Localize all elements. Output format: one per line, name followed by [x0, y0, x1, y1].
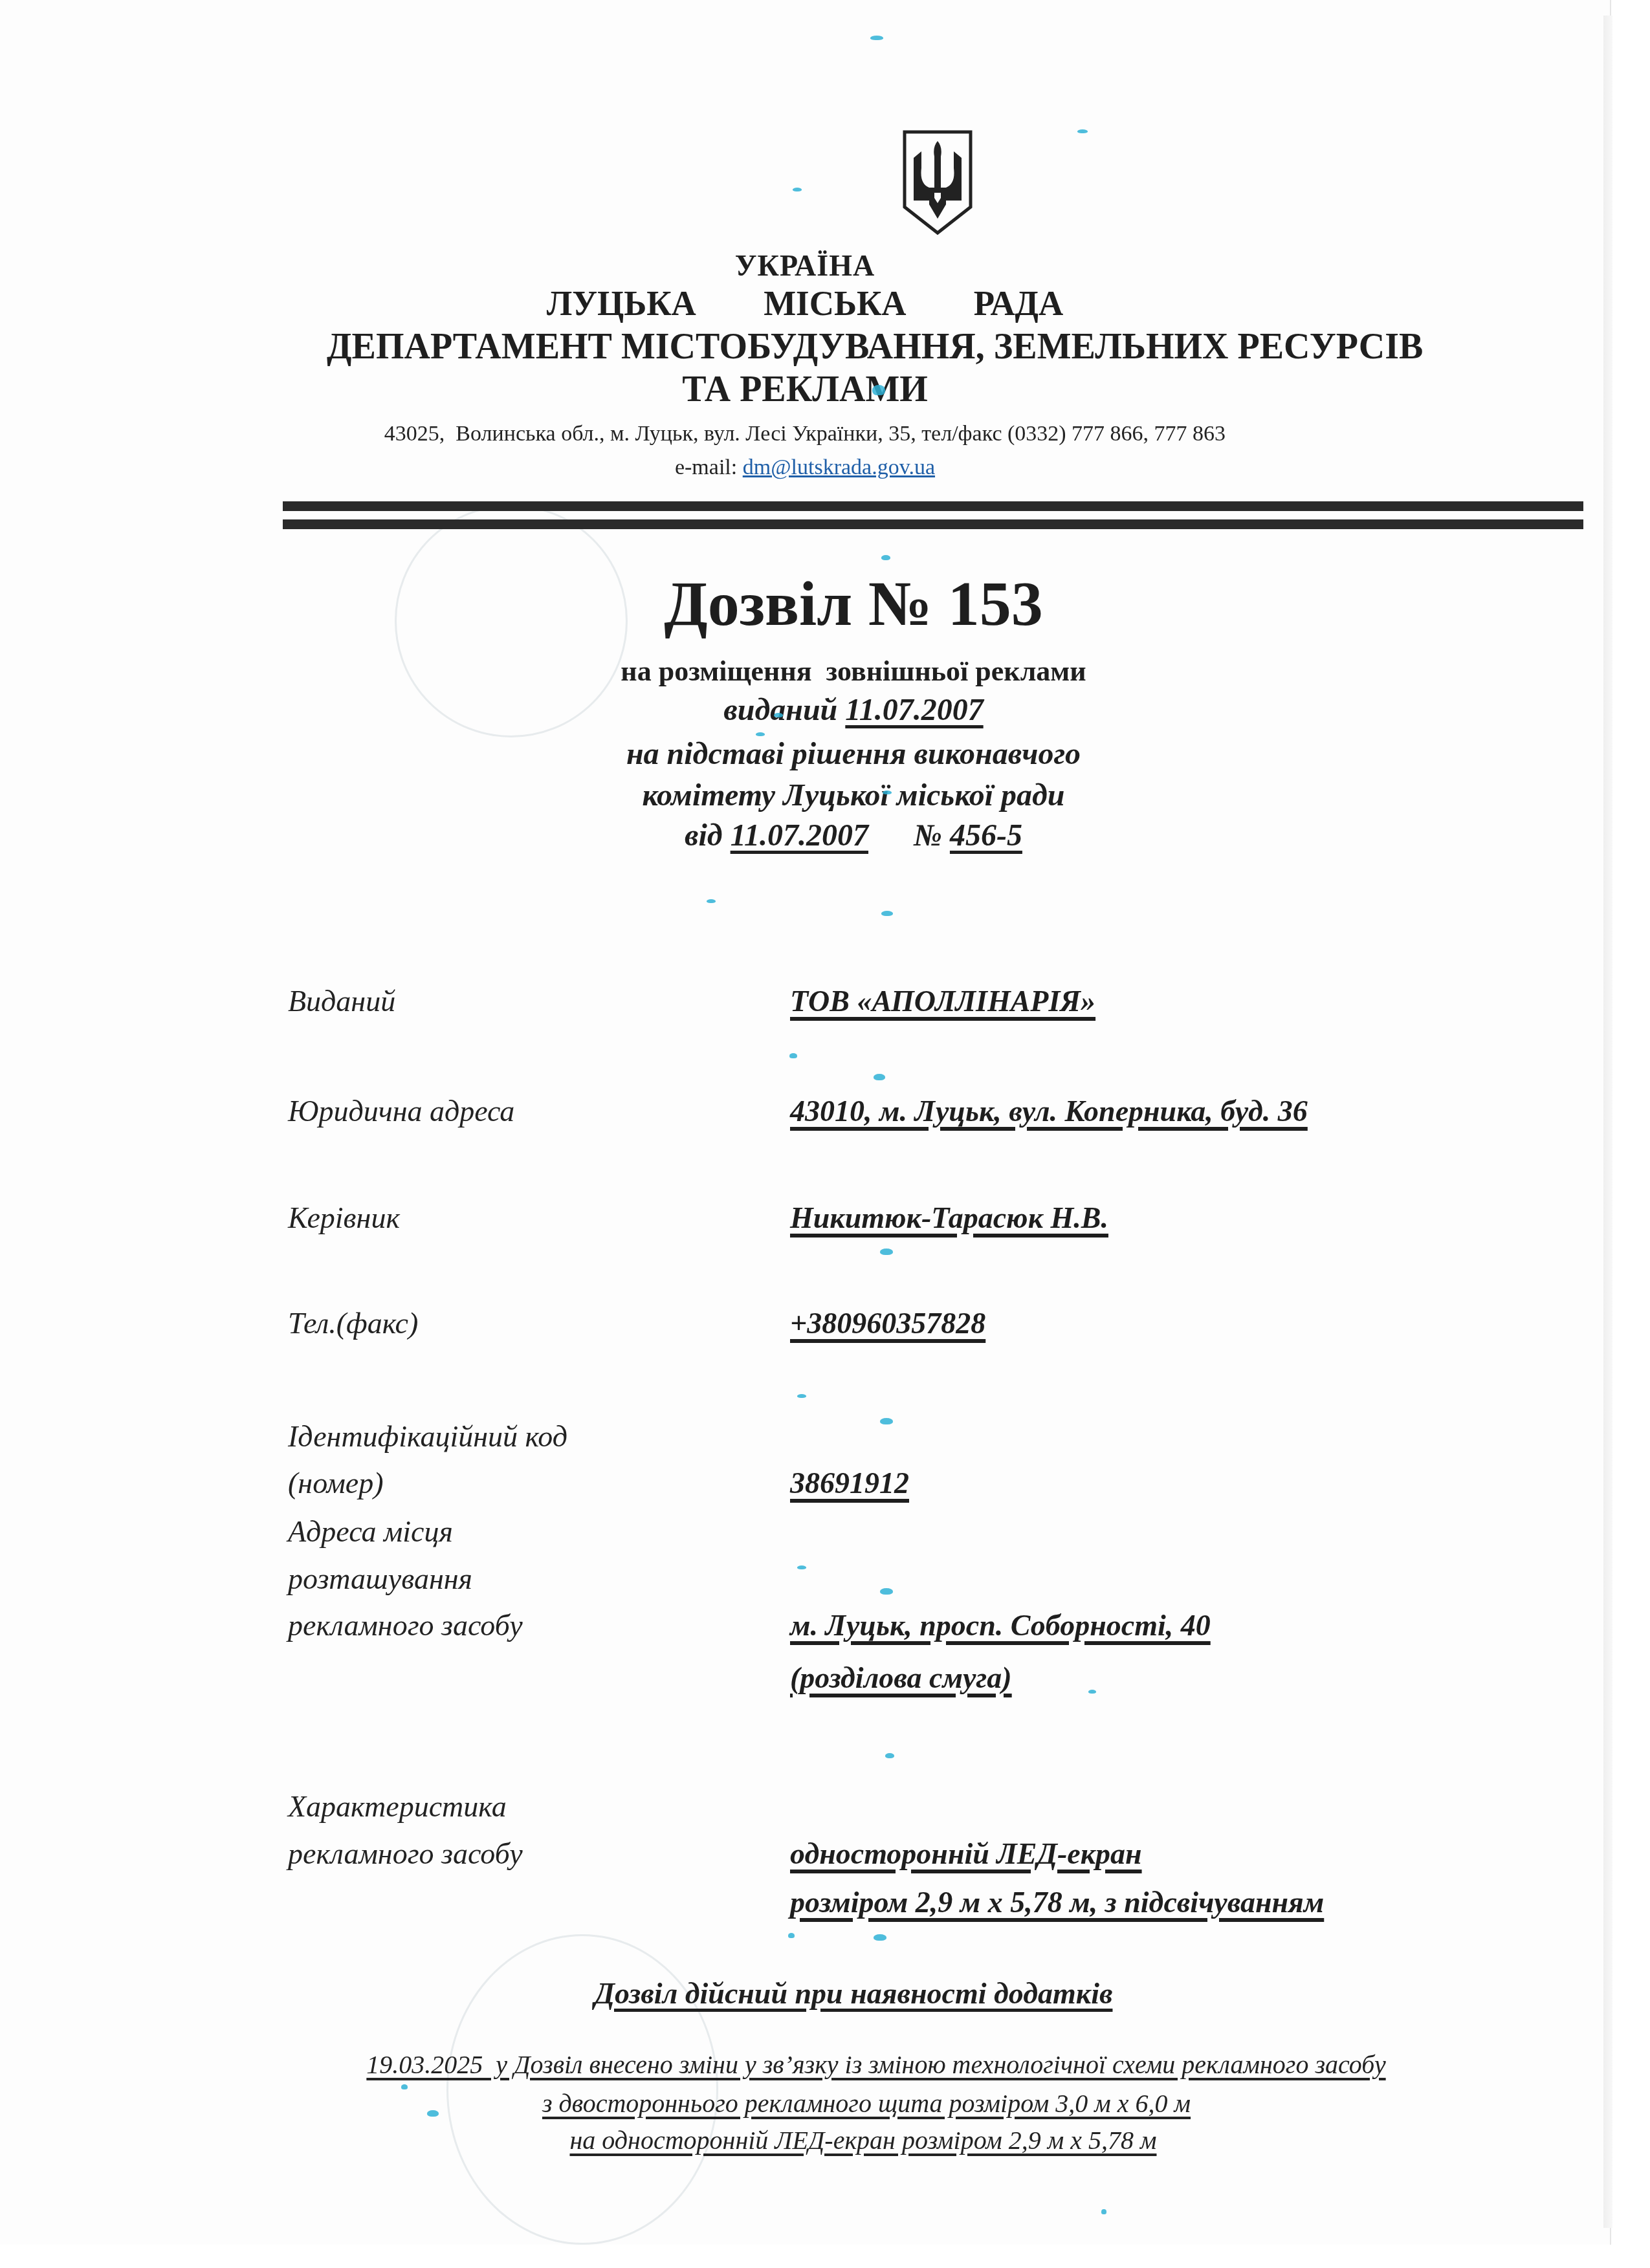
characteristics-label-line2: рекламного засобу [288, 1836, 523, 1871]
location-text-line2: (розділова смуга) [790, 1661, 1012, 1694]
amendment-text-line1: 19.03.2025 у Дозвіл внесено зміни у зв’я… [366, 2050, 1385, 2079]
scan-speck [880, 1418, 893, 1424]
id-code-text: 38691912 [790, 1467, 909, 1499]
issued-label: виданий [723, 693, 845, 727]
amendment-line2: з двостороннього рекламного щита розміро… [0, 2088, 1610, 2119]
header-department-line1: ДЕПАРТАМЕНТ МІСТОБУДУВАННЯ, ЗЕМЕЛЬНИХ РЕ… [327, 326, 1423, 367]
scan-speck [1101, 2209, 1106, 2214]
scanned-page: УКРАЇНА ЛУЦЬКА МІСЬКА РАДА ДЕПАРТАМЕНТ М… [0, 0, 1611, 2245]
scan-speck [880, 1588, 893, 1595]
location-label-line1: Адреса місця [288, 1514, 453, 1549]
validity-note: Дозвіл дійсний при наявності додатків [0, 1976, 1610, 2011]
phone-text: +380960357828 [790, 1307, 985, 1340]
issued-to-label: Виданий [288, 983, 395, 1019]
scan-speck [797, 1394, 806, 1398]
location-text-line1: м. Луцьк, просп. Соборності, 40 [790, 1609, 1211, 1642]
decision-date: 11.07.2007 [731, 818, 868, 853]
scan-speck [427, 2110, 439, 2117]
legal-address-label: Юридична адреса [288, 1093, 514, 1129]
scan-speck [1088, 1690, 1096, 1694]
characteristics-label-line1: Характеристика [288, 1789, 507, 1824]
director-text: Никитюк-Тарасюк Н.В. [790, 1201, 1108, 1234]
header-contact: 43025, Волинська обл., м. Луцьк, вул. Ле… [0, 422, 1610, 446]
location-value-line2: (розділова смуга) [790, 1660, 1012, 1696]
amendment-line1: 19.03.2025 у Дозвіл внесено зміни у зв’я… [0, 2049, 1610, 2080]
header-country: УКРАЇНА [0, 248, 1610, 283]
scan-speck [756, 732, 765, 736]
scan-speck [789, 1053, 797, 1058]
permit-issued: виданий 11.07.2007 [0, 692, 1610, 728]
permit-decision: від 11.07.2007№ 456-5 [0, 818, 1610, 853]
scan-edge [1603, 16, 1612, 2228]
issued-to-text: ТОВ «АПОЛЛІНАРІЯ» [790, 985, 1095, 1018]
director-label: Керівник [288, 1200, 400, 1236]
location-value-line1: м. Луцьк, просп. Соборності, 40 [790, 1608, 1211, 1643]
characteristics-value-line1: односторонній ЛЕД-екран [790, 1836, 1142, 1871]
scan-speck [883, 791, 892, 794]
scan-speck [788, 1933, 795, 1938]
scan-speck [872, 385, 885, 395]
header-rule-bottom [283, 519, 1583, 529]
issued-to-value: ТОВ «АПОЛЛІНАРІЯ» [790, 983, 1095, 1019]
legal-address-text: 43010, м. Луцьк, вул. Коперника, буд. 36 [790, 1095, 1308, 1128]
email-link[interactable]: dm@lutskrada.gov.ua [743, 455, 935, 479]
amendment-text-line3: на односторонній ЛЕД-екран розміром 2,9 … [570, 2126, 1157, 2155]
characteristics-text-line2: розміром 2,9 м х 5,78 м, з підсвічування… [790, 1886, 1324, 1919]
scan-speck [793, 188, 802, 191]
characteristics-value-line2: розміром 2,9 м х 5,78 м, з підсвічування… [790, 1884, 1324, 1920]
email-label: e-mail: [675, 455, 743, 479]
scan-speck [885, 1753, 894, 1758]
scan-speck [707, 899, 716, 903]
issued-date: 11.07.2007 [845, 693, 983, 727]
decision-no: 456-5 [950, 818, 1022, 853]
validity-note-text: Дозвіл дійсний при наявності додатків [595, 1977, 1113, 2010]
trident-coat-of-arms-icon [901, 128, 974, 237]
header-rule-top [283, 501, 1583, 511]
phone-label: Тел.(факс) [288, 1305, 418, 1341]
scan-speck [401, 2084, 408, 2089]
phone-value: +380960357828 [790, 1305, 985, 1341]
scan-speck [874, 1074, 885, 1080]
scan-speck [797, 1565, 806, 1569]
permit-subtitle: на розміщення зовнішньої реклами [0, 655, 1610, 688]
header-department-line2: ТА РЕКЛАМИ [0, 369, 1610, 410]
id-code-value: 38691912 [790, 1465, 909, 1501]
scan-speck [774, 713, 783, 717]
scan-speck [874, 1934, 886, 1941]
permit-title: Дозвіл № 153 [0, 568, 1610, 640]
location-label-line3: рекламного засобу [288, 1608, 523, 1643]
permit-basis-line1: на підставі рішення виконавчого [0, 736, 1610, 772]
id-code-label-line1: Ідентифікаційний код [288, 1419, 567, 1454]
decision-from-label: від [685, 818, 731, 853]
scan-speck [880, 1248, 893, 1255]
scan-speck [870, 36, 883, 40]
header-council: ЛУЦЬКА МІСЬКА РАДА [16, 283, 1594, 323]
location-label-line2: розташування [288, 1561, 472, 1597]
amendment-line3: на односторонній ЛЕД-екран розміром 2,9 … [0, 2125, 1610, 2155]
scan-speck [881, 911, 893, 916]
characteristics-text-line1: односторонній ЛЕД-екран [790, 1837, 1142, 1870]
amendment-text-line2: з двостороннього рекламного щита розміро… [542, 2089, 1191, 2118]
director-value: Никитюк-Тарасюк Н.В. [790, 1200, 1108, 1236]
permit-basis-line2: комітету Луцької міської ради [0, 778, 1610, 813]
id-code-label-line2: (номер) [288, 1465, 383, 1501]
decision-no-label: № [914, 818, 950, 853]
header-email-line: e-mail: dm@lutskrada.gov.ua [0, 455, 1610, 480]
legal-address-value: 43010, м. Луцьк, вул. Коперника, буд. 36 [790, 1093, 1308, 1129]
scan-speck [1077, 129, 1088, 133]
scan-speck [881, 555, 890, 560]
